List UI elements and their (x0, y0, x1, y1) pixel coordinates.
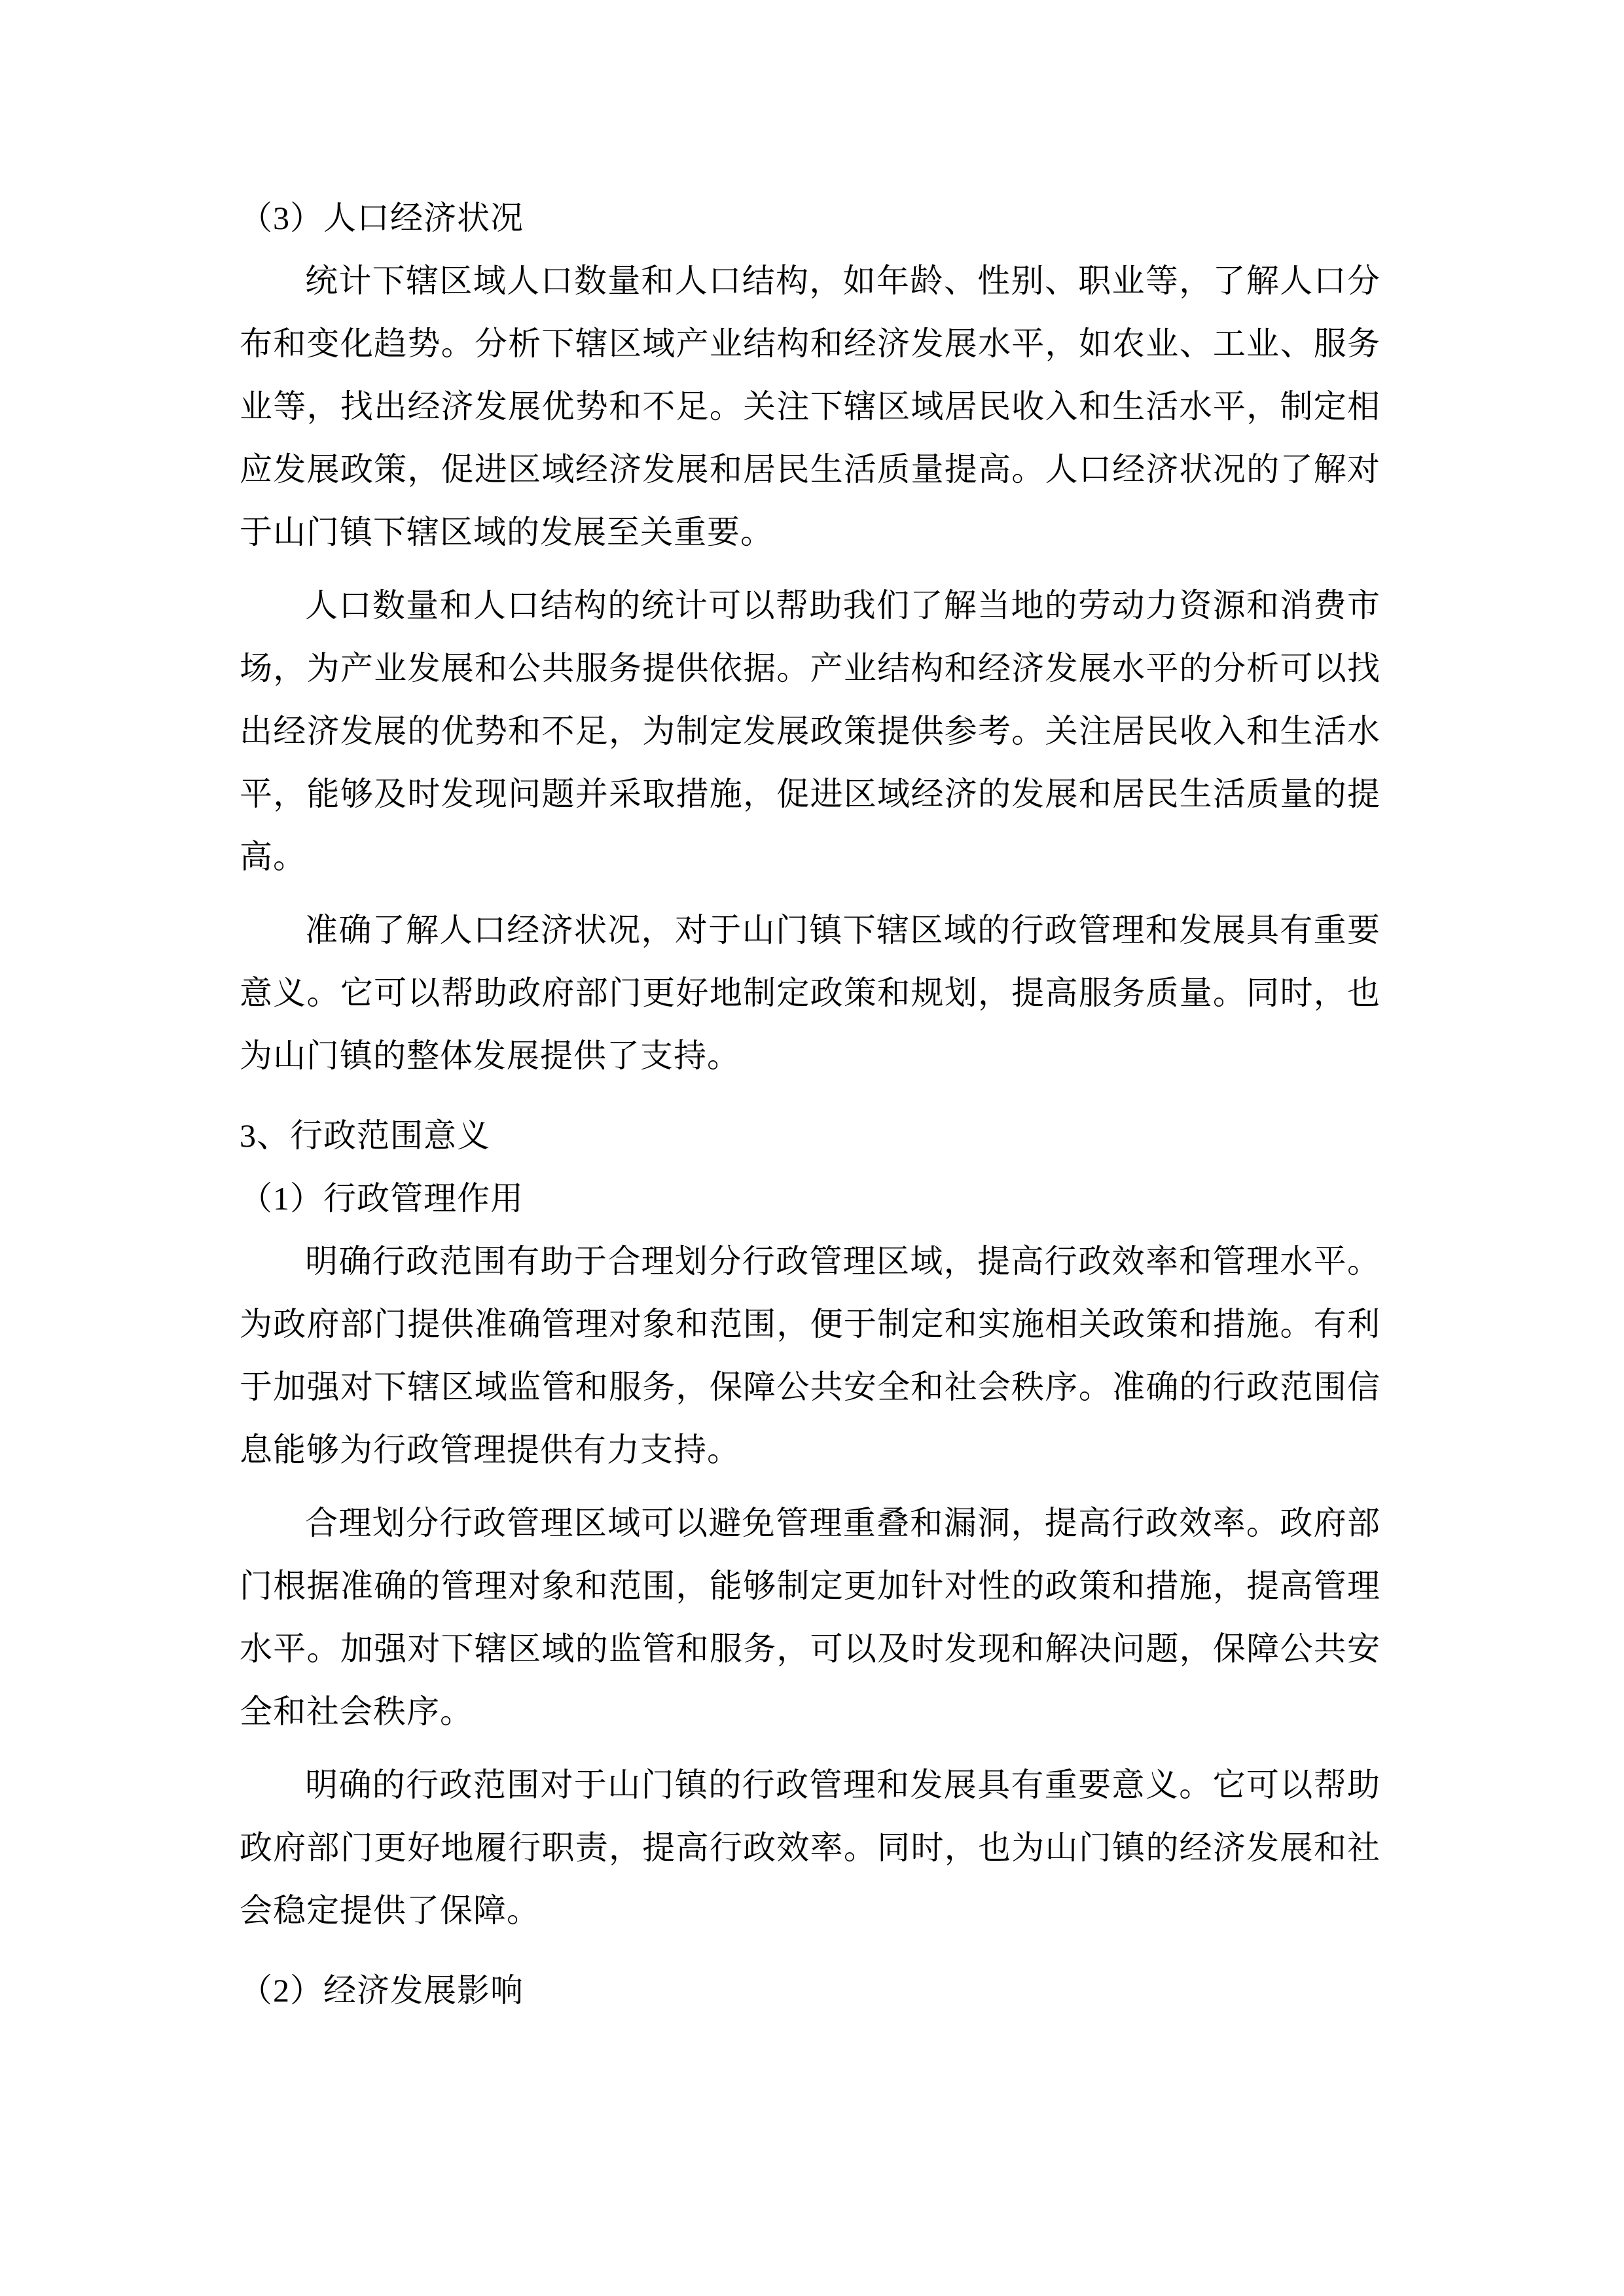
text-line: 布和变化趋势。分析下辖区域产业结构和经济发展水平，如农业、工业、服务 (240, 312, 1380, 375)
text-line: 为政府部门提供准确管理对象和范围，便于制定和实施相关政策和措施。有利 (240, 1293, 1380, 1355)
text-line: 于加强对下辖区域监管和服务，保障公共安全和社会秩序。准确的行政范围信 (240, 1355, 1380, 1418)
paragraph: 人口数量和人口结构的统计可以帮助我们了解当地的劳动力资源和消费市场，为产业发展和… (240, 574, 1380, 888)
text-line: 高。 (240, 825, 1380, 888)
heading-text: （3）人口经济状况 (240, 187, 1380, 249)
text-line: 平，能够及时发现问题并采取措施，促进区域经济的发展和居民生活质量的提 (240, 762, 1380, 825)
section-heading: 3、行政范围意义 (240, 1104, 1380, 1167)
text-line: 出经济发展的优势和不足，为制定发展政策提供参考。关注居民收入和生活水 (240, 700, 1380, 762)
section-heading: （1）行政管理作用 (240, 1167, 1380, 1230)
text-line: 为山门镇的整体发展提供了支持。 (240, 1024, 1380, 1087)
text-line: 应发展政策，促进区域经济发展和居民生活质量提高。人口经济状况的了解对 (240, 438, 1380, 501)
text-line: 水平。加强对下辖区域的监管和服务，可以及时发现和解决问题，保障公共安 (240, 1617, 1380, 1680)
paragraph: 统计下辖区域人口数量和人口结构，如年龄、性别、职业等，了解人口分布和变化趋势。分… (240, 249, 1380, 564)
text-line: 于山门镇下辖区域的发展至关重要。 (240, 501, 1380, 564)
section-heading: （2）经济发展影响 (240, 1959, 1380, 2022)
text-line: 准确了解人口经济状况，对于山门镇下辖区域的行政管理和发展具有重要 (240, 899, 1380, 961)
text-line: 会稳定提供了保障。 (240, 1879, 1380, 1942)
text-line: 明确行政范围有助于合理划分行政管理区域，提高行政效率和管理水平。 (240, 1230, 1380, 1293)
text-line: 门根据准确的管理对象和范围，能够制定更加针对性的政策和措施，提高管理 (240, 1554, 1380, 1617)
text-line: 场，为产业发展和公共服务提供依据。产业结构和经济发展水平的分析可以找 (240, 637, 1380, 700)
heading-text: 3、行政范围意义 (240, 1104, 1380, 1167)
text-line: 人口数量和人口结构的统计可以帮助我们了解当地的劳动力资源和消费市 (240, 574, 1380, 637)
heading-text: （2）经济发展影响 (240, 1959, 1380, 2022)
text-line: 合理划分行政管理区域可以避免管理重叠和漏洞，提高行政效率。政府部 (240, 1492, 1380, 1554)
text-line: 息能够为行政管理提供有力支持。 (240, 1418, 1380, 1481)
text-line: 全和社会秩序。 (240, 1680, 1380, 1743)
section-heading: （3）人口经济状况 (240, 187, 1380, 249)
paragraph: 明确的行政范围对于山门镇的行政管理和发展具有重要意义。它可以帮助政府部门更好地履… (240, 1753, 1380, 1942)
text-line: 明确的行政范围对于山门镇的行政管理和发展具有重要意义。它可以帮助 (240, 1753, 1380, 1816)
text-line: 政府部门更好地履行职责，提高行政效率。同时，也为山门镇的经济发展和社 (240, 1816, 1380, 1879)
document-page: （3）人口经济状况统计下辖区域人口数量和人口结构，如年龄、性别、职业等，了解人口… (0, 0, 1624, 2296)
text-line: 统计下辖区域人口数量和人口结构，如年龄、性别、职业等，了解人口分 (240, 249, 1380, 312)
paragraph: 明确行政范围有助于合理划分行政管理区域，提高行政效率和管理水平。为政府部门提供准… (240, 1230, 1380, 1481)
text-line: 业等，找出经济发展优势和不足。关注下辖区域居民收入和生活水平，制定相 (240, 375, 1380, 438)
text-line: 意义。它可以帮助政府部门更好地制定政策和规划，提高服务质量。同时，也 (240, 961, 1380, 1024)
paragraph: 合理划分行政管理区域可以避免管理重叠和漏洞，提高行政效率。政府部门根据准确的管理… (240, 1492, 1380, 1743)
document-body: （3）人口经济状况统计下辖区域人口数量和人口结构，如年龄、性别、职业等，了解人口… (240, 187, 1380, 2022)
heading-text: （1）行政管理作用 (240, 1167, 1380, 1230)
paragraph: 准确了解人口经济状况，对于山门镇下辖区域的行政管理和发展具有重要意义。它可以帮助… (240, 899, 1380, 1087)
